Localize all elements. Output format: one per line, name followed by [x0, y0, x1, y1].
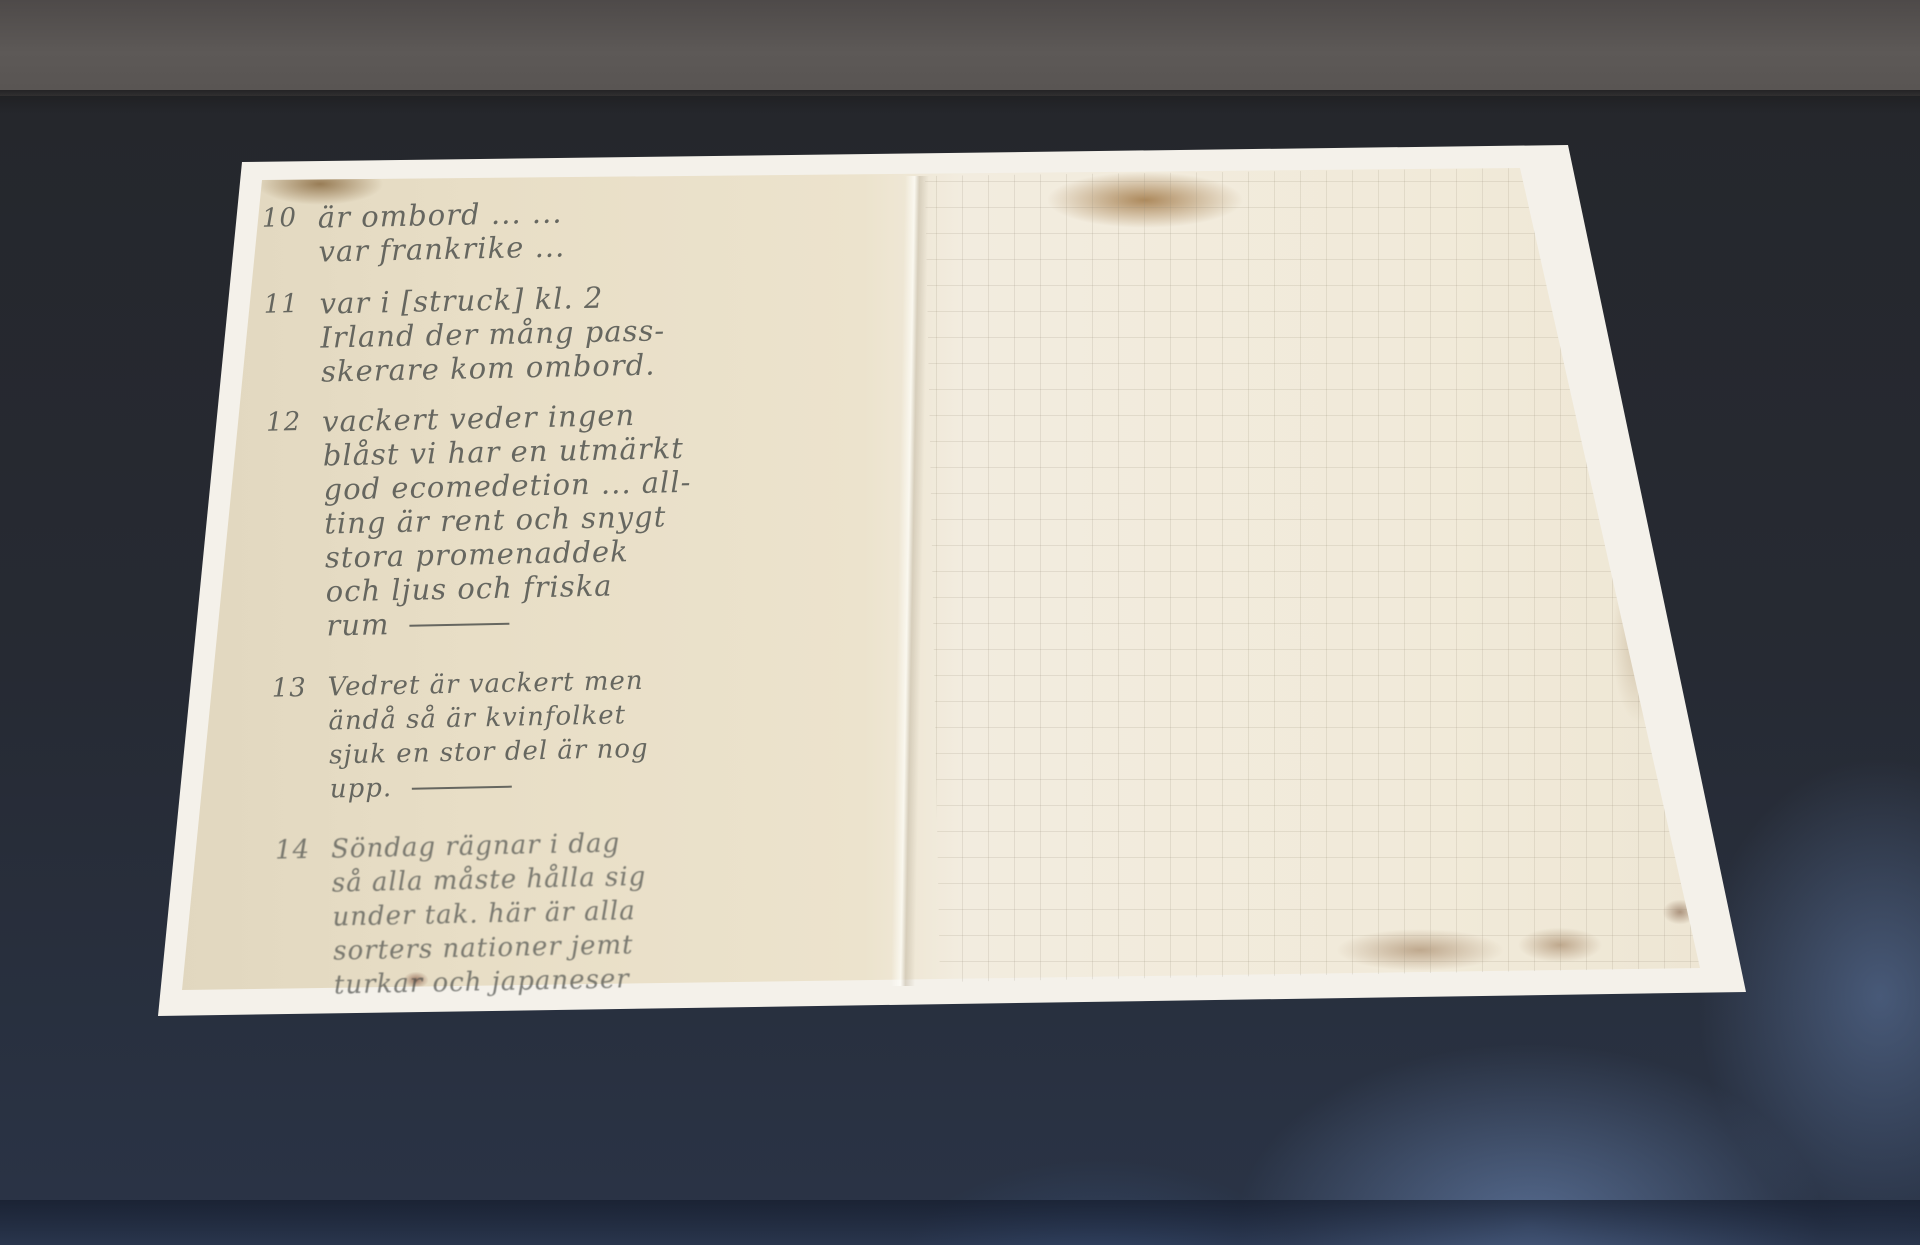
left-page-handwriting: 10 är ombord ... ... var frankrike ... 1… — [262, 188, 919, 1019]
entry-day: 10 — [262, 201, 303, 236]
entry-day: 12 — [266, 405, 307, 440]
case-edge-shadow — [0, 90, 1920, 114]
entry-line-text: upp. — [330, 773, 393, 804]
diary-entry-12: 12 vackert veder ingen blåst vi har en u… — [266, 392, 911, 643]
diary-entry-13: 13 Vedret är vackert men ändå så är kvin… — [271, 658, 914, 807]
entry-day: 14 — [275, 833, 316, 868]
entry-day: 13 — [271, 671, 312, 706]
entry-day: 11 — [263, 287, 304, 322]
separator-dash — [412, 786, 512, 790]
entry-line-text: rum — [326, 607, 390, 642]
separator-dash — [409, 623, 509, 627]
glass-reflection — [0, 1200, 1920, 1245]
diary-entry-11: 11 var i [struck] kl. 2 Irland der mång … — [263, 274, 905, 389]
diary-entry-10: 10 är ombord ... ... var frankrike ... — [262, 188, 903, 269]
display-case-wall — [0, 0, 1920, 96]
diary-entry-14: 14 Söndag rägnar i dag så alla måste hål… — [275, 820, 918, 1003]
